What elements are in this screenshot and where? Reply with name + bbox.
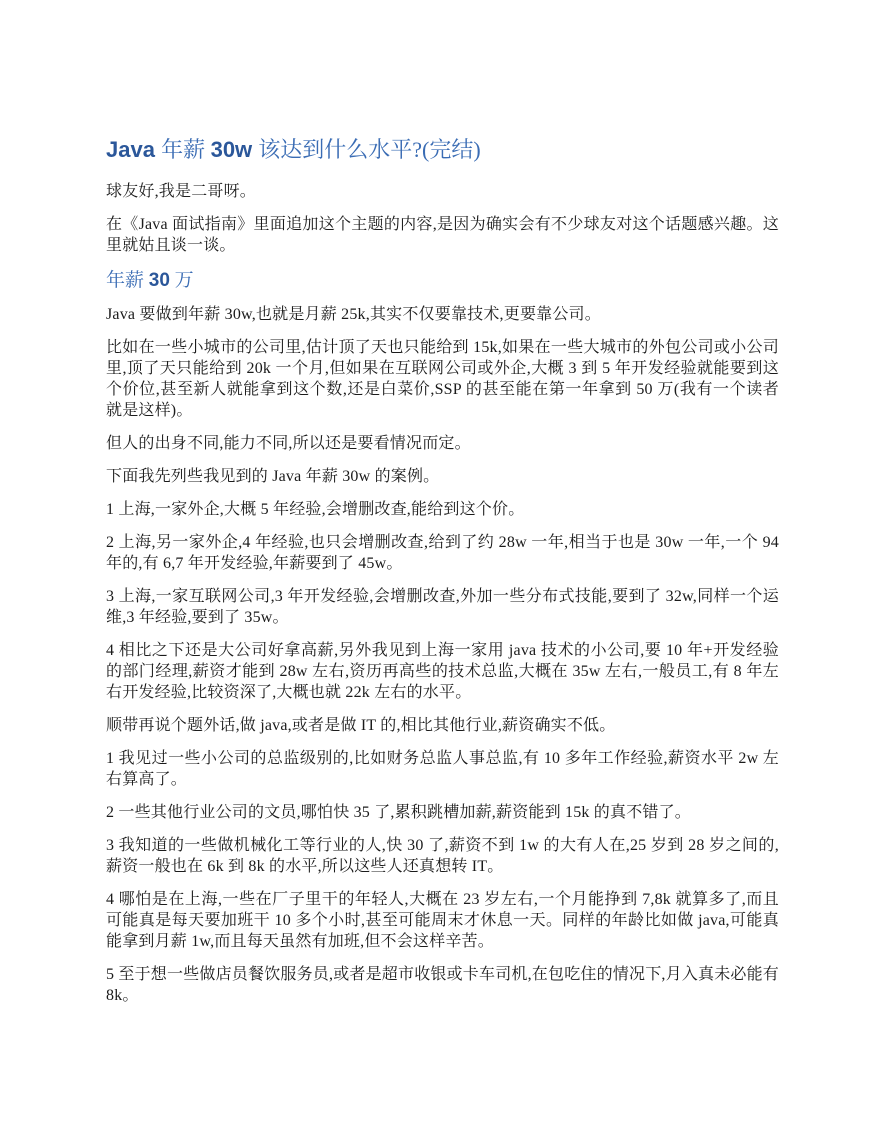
paragraph-case-4: 4 相比之下还是大公司好拿高薪,另外我见到上海一家用 java 技术的小公司,要…: [106, 640, 779, 703]
paragraph-digression-intro: 顺带再说个题外话,做 java,或者是做 IT 的,相比其他行业,薪资确实不低。: [106, 715, 779, 736]
paragraph-city-comparison: 比如在一些小城市的公司里,估计顶了天也只能给到 15k,如果在一些大城市的外包公…: [106, 337, 779, 421]
paragraph-salary-overview: Java 要做到年薪 30w,也就是月薪 25k,其实不仅要靠技术,更要靠公司。: [106, 304, 779, 325]
paragraph-case-3: 3 上海,一家互联网公司,3 年开发经验,会增删改查,外加一些分布式技能,要到了…: [106, 586, 779, 628]
paragraph-case-1: 1 上海,一家外企,大概 5 年经验,会增删改查,能给到这个价。: [106, 499, 779, 520]
title-segment-nianxin: 年薪: [161, 137, 211, 162]
title-segment-30w: 30w: [211, 137, 259, 162]
paragraph-other-industry-2: 2 一些其他行业公司的文员,哪怕快 35 了,累积跳槽加薪,薪资能到 15k 的…: [106, 802, 779, 823]
heading-segment-nianxin: 年薪: [106, 270, 149, 291]
paragraph-case-2: 2 上海,另一家外企,4 年经验,也只会增删改查,给到了约 28w 一年,相当于…: [106, 532, 779, 574]
article-title: Java 年薪 30w 该达到什么水平?(完结): [106, 134, 779, 165]
paragraph-other-industry-1: 1 我见过一些小公司的总监级别的,比如财务总监人事总监,有 10 多年工作经验,…: [106, 748, 779, 790]
paragraph-intro: 在《Java 面试指南》里面追加这个主题的内容,是因为确实会有不少球友对这个话题…: [106, 214, 779, 256]
title-segment-java: Java: [106, 137, 161, 162]
section-heading-annual-salary: 年薪 30 万: [106, 268, 779, 294]
paragraph-other-industry-3: 3 我知道的一些做机械化工等行业的人,快 30 了,薪资不到 1w 的大有人在,…: [106, 835, 779, 877]
heading-segment-wan: 万: [170, 270, 194, 291]
heading-segment-30: 30: [149, 270, 170, 291]
paragraph-greeting: 球友好,我是二哥呀。: [106, 181, 779, 202]
paragraph-other-industry-4: 4 哪怕是在上海,一些在厂子里干的年轻人,大概在 23 岁左右,一个月能挣到 7…: [106, 889, 779, 952]
paragraph-other-industry-5: 5 至于想一些做店员餐饮服务员,或者是超市收银或卡车司机,在包吃住的情况下,月入…: [106, 964, 779, 1006]
document-page: Java 年薪 30w 该达到什么水平?(完结) 球友好,我是二哥呀。 在《Ja…: [0, 0, 884, 1144]
paragraph-depends: 但人的出身不同,能力不同,所以还是要看情况而定。: [106, 433, 779, 454]
title-segment-rest: 该达到什么水平?(完结): [258, 137, 480, 162]
paragraph-cases-intro: 下面我先列些我见到的 Java 年薪 30w 的案例。: [106, 466, 779, 487]
